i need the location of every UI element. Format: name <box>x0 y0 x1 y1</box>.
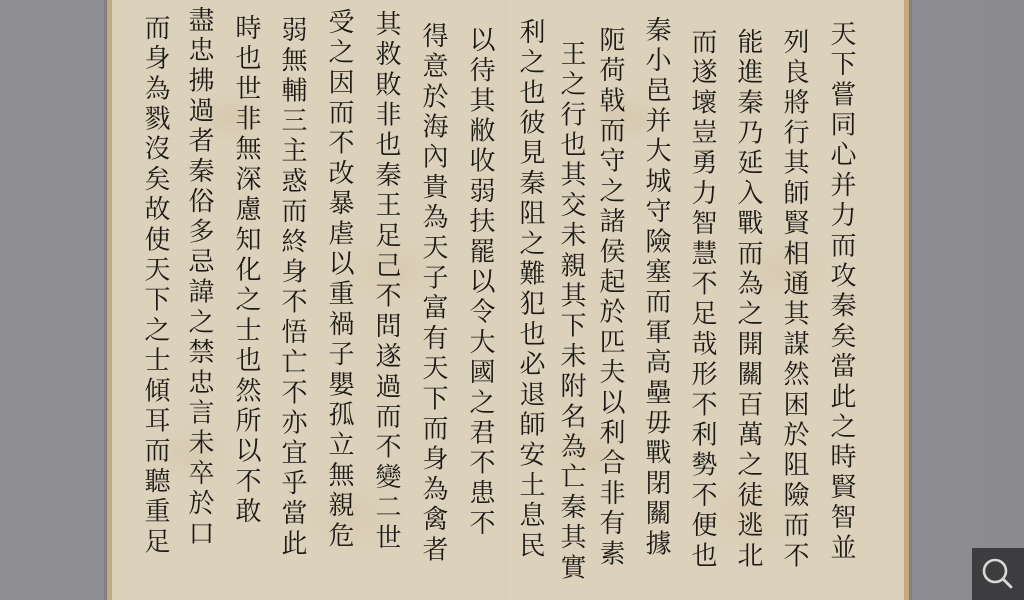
text-column: 時也世非無深慮知化之士也然所以不敢 <box>231 14 261 527</box>
text-column: 受之因而不改暴虐以重禍子嬰孤立無親危 <box>324 8 354 552</box>
text-column: 而身為戮沒矣故使天下之士傾耳而聽重足 <box>140 14 170 558</box>
image-viewer: 以待其敝收弱扶罷以令大國之君不患不 得意於海內貴為天子富有天下而身為禽者 其救敗… <box>0 0 1024 600</box>
magnifier-icon <box>980 556 1016 592</box>
text-column: 王之行也其交未親其下未附名為亡秦其實 <box>556 40 586 584</box>
text-column: 其救敗非也秦王足己不問遂過而不變二世 <box>371 10 401 554</box>
text-column: 以待其敝收弱扶罷以令大國之君不患不 <box>465 26 495 539</box>
text-column: 弱無輔三主惑而終身不悟亡不亦宜乎當此 <box>277 16 307 560</box>
text-column: 能進秦乃延入戰而為之開關百萬之徒逃北 <box>733 28 763 572</box>
text-column: 天下嘗同心并力而攻秦矣當此之時賢智並 <box>826 20 856 564</box>
text-column: 得意於海內貴為天子富有天下而身為禽者 <box>418 22 448 566</box>
text-column: 列良將行其師賢相通其謀然困於阻險而不 <box>779 28 809 572</box>
text-column: 阨荷戟而守之諸侯起於匹夫以利合非有素 <box>595 26 625 570</box>
manuscript-spread: 以待其敝收弱扶罷以令大國之君不患不 得意於海內貴為天子富有天下而身為禽者 其救敗… <box>107 0 909 600</box>
text-column: 利之也彼見秦阻之難犯也必退師安土息民 <box>515 18 545 562</box>
text-column: 而遂壞豈勇力智慧不足哉形不利勢不便也 <box>687 28 717 572</box>
zoom-button[interactable] <box>972 548 1024 600</box>
text-column: 盡忠拂過者秦俗多忌諱之禁忠言未卒於口 <box>184 6 214 550</box>
text-column: 秦小邑并大城守險塞而軍高壘毋戰閉關據 <box>641 16 671 560</box>
left-page: 以待其敝收弱扶罷以令大國之君不患不 得意於海內貴為天子富有天下而身為禽者 其救敗… <box>107 0 512 600</box>
right-page: 天下嘗同心并力而攻秦矣當此之時賢智並 列良將行其師賢相通其謀然困於阻險而不 能進… <box>507 0 909 600</box>
